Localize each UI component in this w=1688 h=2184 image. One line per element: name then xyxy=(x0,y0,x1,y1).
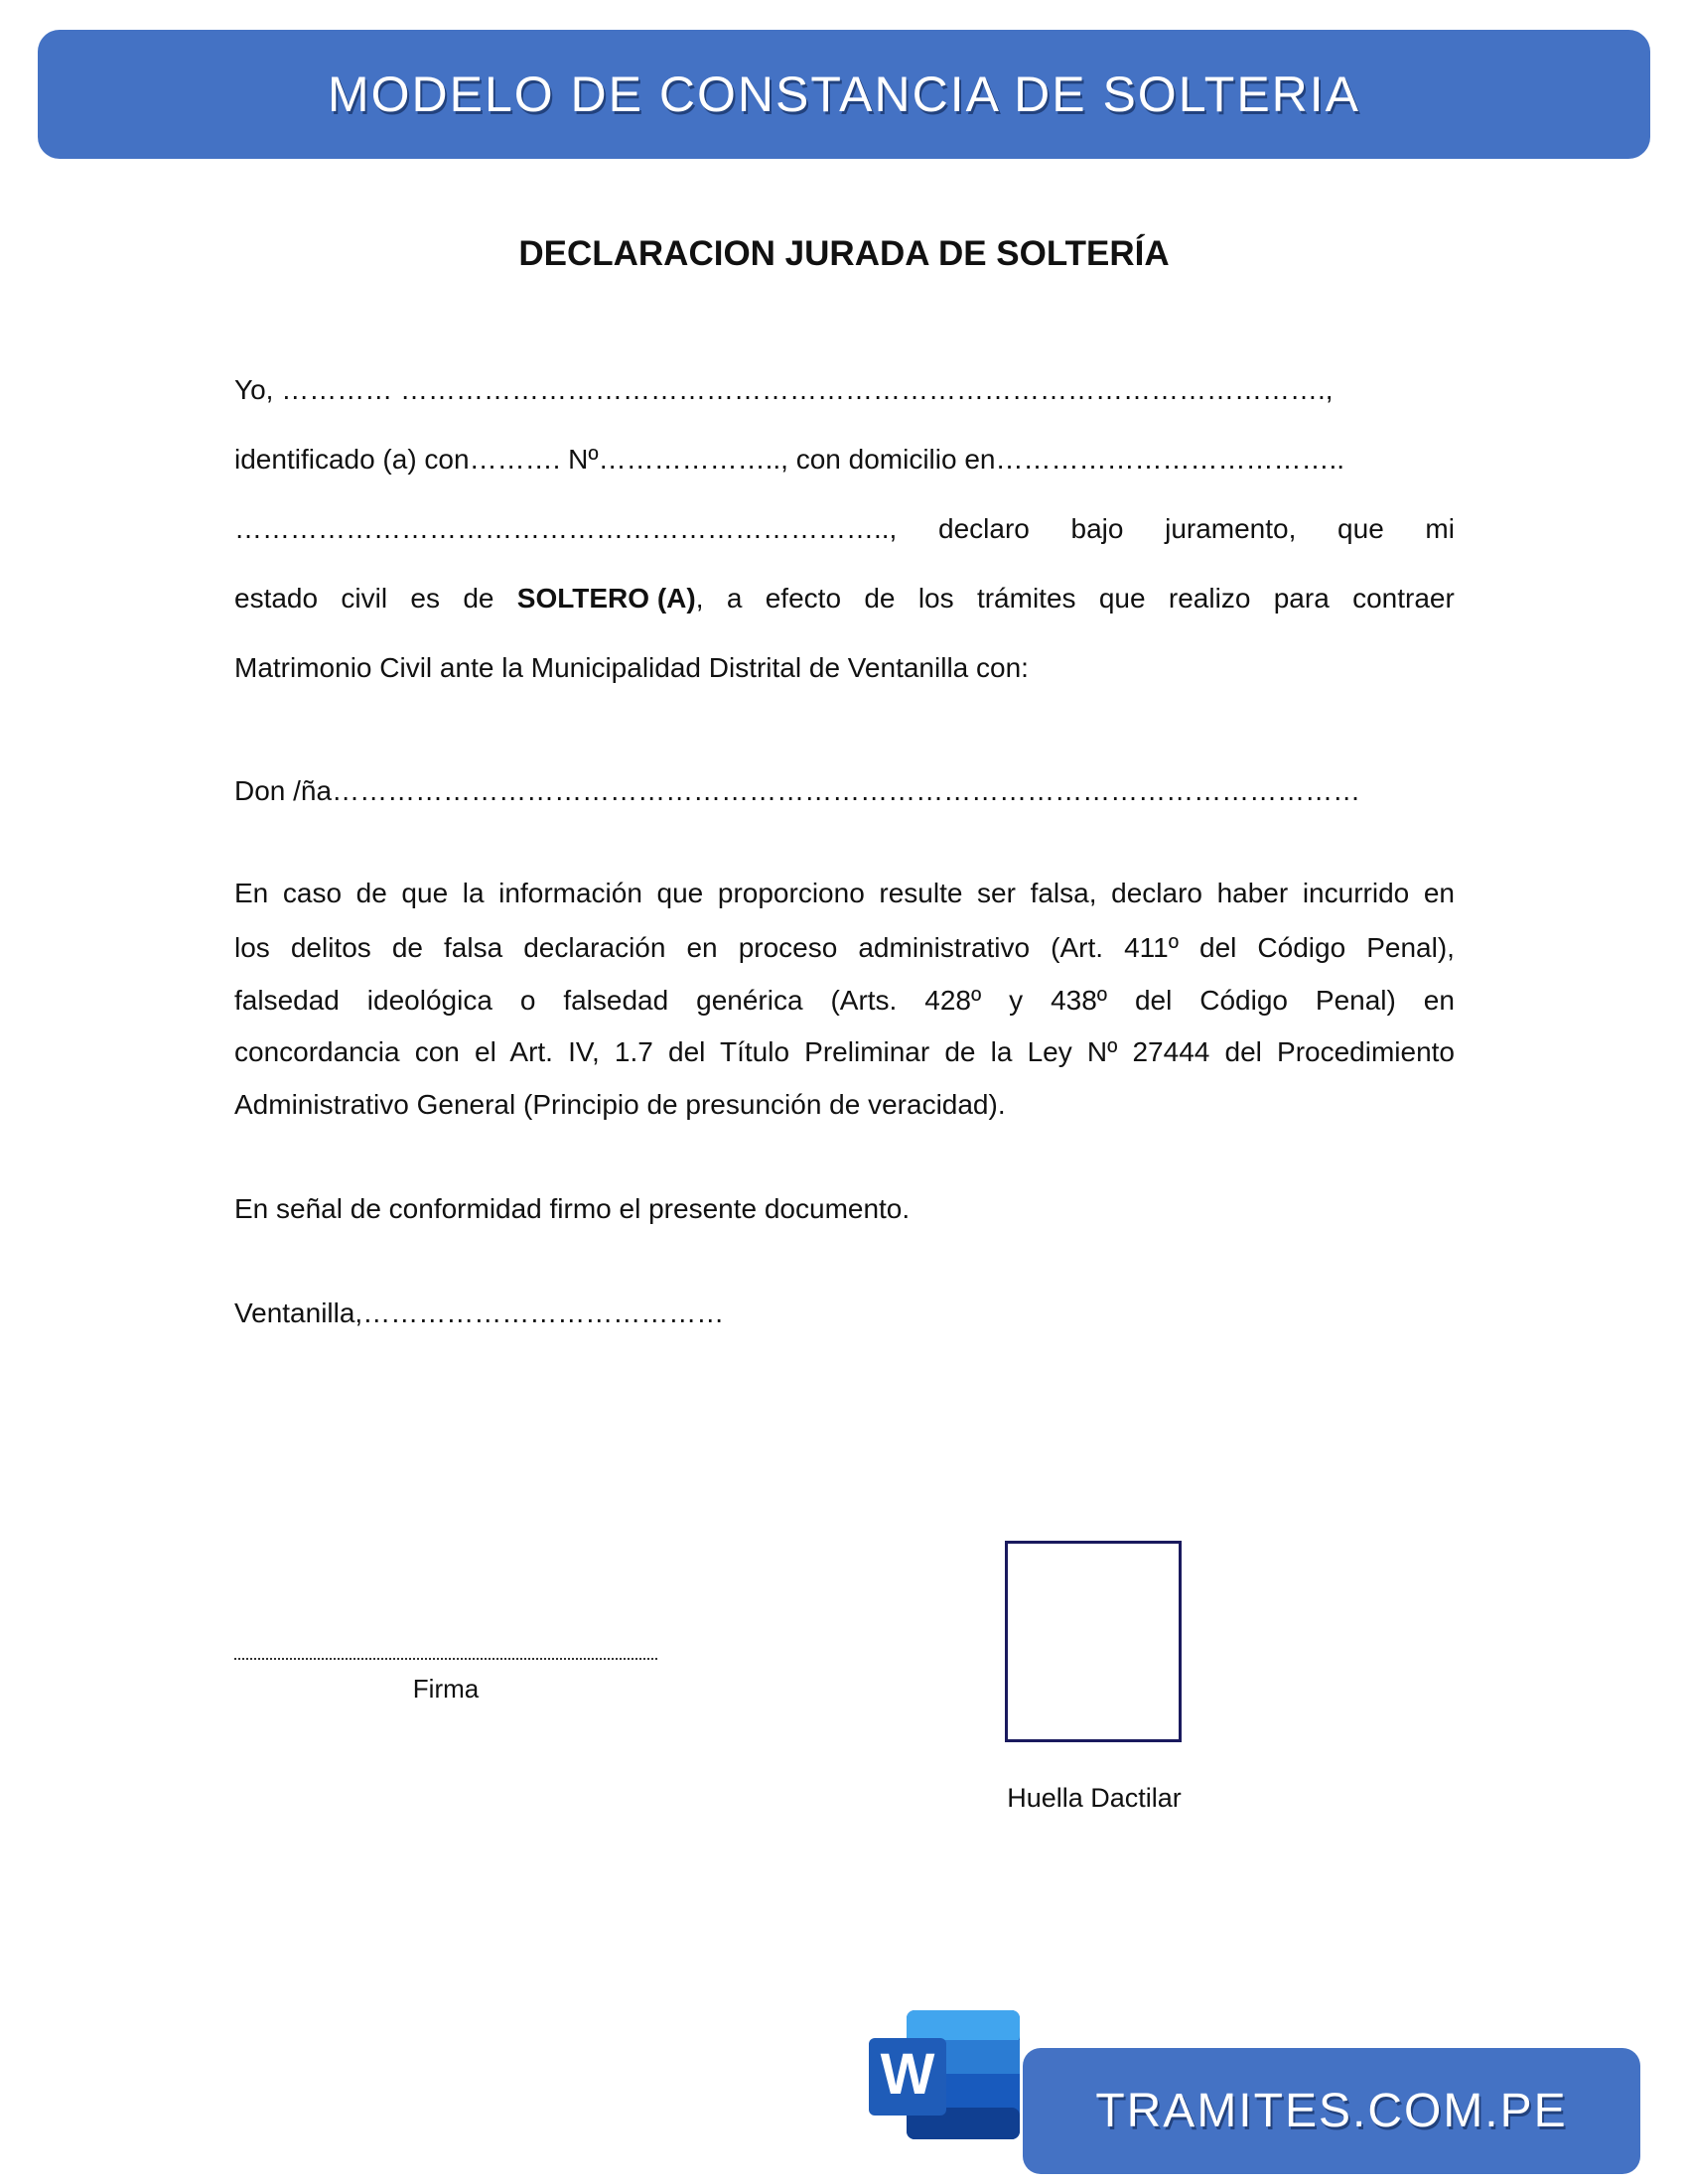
id-address-line: identificado (a) con………. Nº……………….., con… xyxy=(234,443,1455,477)
fingerprint-label: Huella Dactilar xyxy=(973,1783,1215,1814)
signature-line xyxy=(234,1648,657,1660)
paragraph-line: falsedadideológicaofalsedadgenérica(Arts… xyxy=(234,984,1455,1018)
word-icon: W xyxy=(869,2010,1020,2139)
place-date-line: Ventanilla,………………………………… xyxy=(234,1297,1455,1330)
civil-status-line: estadocivilesdeSOLTERO (A),aefectodelost… xyxy=(234,582,1455,615)
signature-label: Firma xyxy=(234,1674,657,1705)
paragraph-line: losdelitosdefalsadeclaraciónenprocesoadm… xyxy=(234,931,1455,965)
banner-title: MODELO DE CONSTANCIA DE SOLTERIA xyxy=(328,66,1360,123)
site-link[interactable]: TRAMITES.COM.PE xyxy=(1095,2084,1567,2138)
municipality-line: Matrimonio Civil ante la Municipalidad D… xyxy=(234,651,1455,685)
header-banner: MODELO DE CONSTANCIA DE SOLTERIA xyxy=(38,30,1650,159)
paragraph-line: concordancia con el Art. IV, 1.7 del Tít… xyxy=(234,1035,1455,1069)
declaration-line: ……………………………………………………………..,declarobajojur… xyxy=(234,512,1455,546)
partner-name-line: Don /ña………………………………………………………………………………………… xyxy=(234,774,1455,808)
document-title: DECLARACION JURADA DE SOLTERÍA xyxy=(0,234,1688,274)
svg-text:W: W xyxy=(881,2042,935,2107)
footer-banner[interactable]: TRAMITES.COM.PE xyxy=(1023,2048,1640,2174)
conformity-statement: En señal de conformidad firmo el present… xyxy=(234,1192,1455,1226)
paragraph-last-line: Administrativo General (Principio de pre… xyxy=(234,1088,1455,1122)
fingerprint-box xyxy=(1005,1541,1182,1742)
declarant-name-line: Yo, ………… …………………………………………………………………………………… xyxy=(234,373,1455,407)
paragraph-line: En caso de que la información que propor… xyxy=(234,877,1455,910)
